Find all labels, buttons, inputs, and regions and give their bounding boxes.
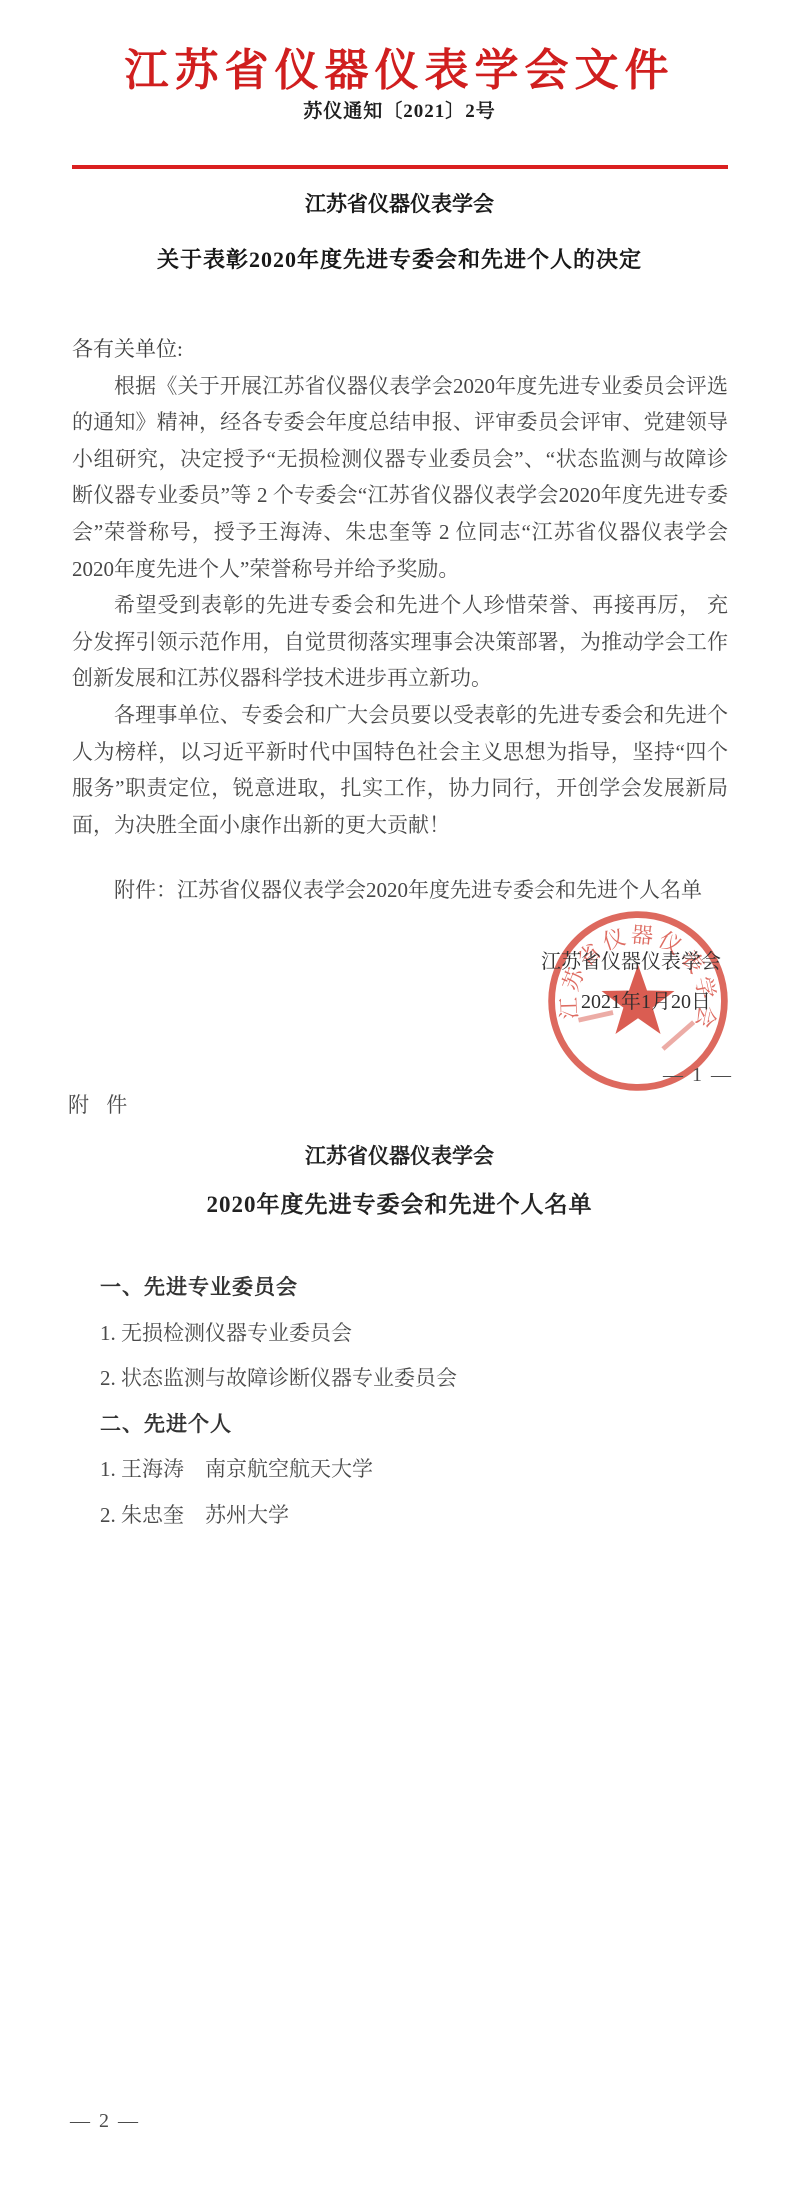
document-body: 各有关单位: 根据《关于开展江苏省仪器仪表学会2020年度先进专业委员会评选的通…: [72, 331, 728, 843]
list-item-individual-1: 1. 王海涛 南京航空航天大学: [100, 1447, 720, 1493]
salutation: 各有关单位:: [72, 331, 728, 368]
attachment-note: 附件：江苏省仪器仪表学会2020年度先进专委会和先进个人名单: [72, 874, 728, 906]
document-title-line1: 江苏省仪器仪表学会: [0, 188, 799, 218]
appendix-list: 一、先进专业委员会 1. 无损检测仪器专业委员会 2. 状态监测与故障诊断仪器专…: [100, 1265, 720, 1538]
appendix-title-line1: 江苏省仪器仪表学会: [0, 1140, 799, 1170]
list-item-individual-2: 2. 朱忠奎 苏州大学: [100, 1493, 720, 1539]
page-number-2: — 2 —: [70, 2110, 140, 2133]
body-paragraph-2: 希望受到表彰的先进专委会和先进个人珍惜荣誉、再接再厉， 充分发挥引领示范作用，自…: [72, 587, 728, 697]
section-heading-committees: 一、先进专业委员会: [100, 1265, 720, 1311]
list-item-committee-2: 2. 状态监测与故障诊断仪器专业委员会: [100, 1356, 720, 1402]
document-page: 江苏省仪器仪表学会文件 苏仪通知〔2021〕2号 江苏省仪器仪表学会 关于表彰2…: [0, 0, 799, 2191]
document-title-line2: 关于表彰2020年度先进专委会和先进个人的决定: [0, 243, 799, 274]
body-paragraph-3: 各理事单位、专委会和广大会员要以受表彰的先进专委会和先进个人为榜样，以习近平新时…: [72, 697, 728, 843]
signature-block: 江苏省仪器仪表学会 2021年1月20日: [541, 942, 721, 1022]
signature-date: 2021年1月20日: [541, 982, 721, 1022]
letterhead-title: 江苏省仪器仪表学会文件: [0, 34, 799, 98]
document-number: 苏仪通知〔2021〕2号: [0, 96, 799, 123]
signature-org: 江苏省仪器仪表学会: [541, 942, 721, 982]
appendix-label: 附 件: [68, 1089, 133, 1119]
page-number-1: — 1 —: [663, 1064, 733, 1087]
appendix-title-line2: 2020年度先进专委会和先进个人名单: [0, 1186, 799, 1219]
red-divider-rule: [72, 165, 728, 169]
list-item-committee-1: 1. 无损检测仪器专业委员会: [100, 1311, 720, 1357]
body-paragraph-1: 根据《关于开展江苏省仪器仪表学会2020年度先进专业委员会评选的通知》精神，经各…: [72, 368, 728, 588]
section-heading-individuals: 二、先进个人: [100, 1402, 720, 1448]
